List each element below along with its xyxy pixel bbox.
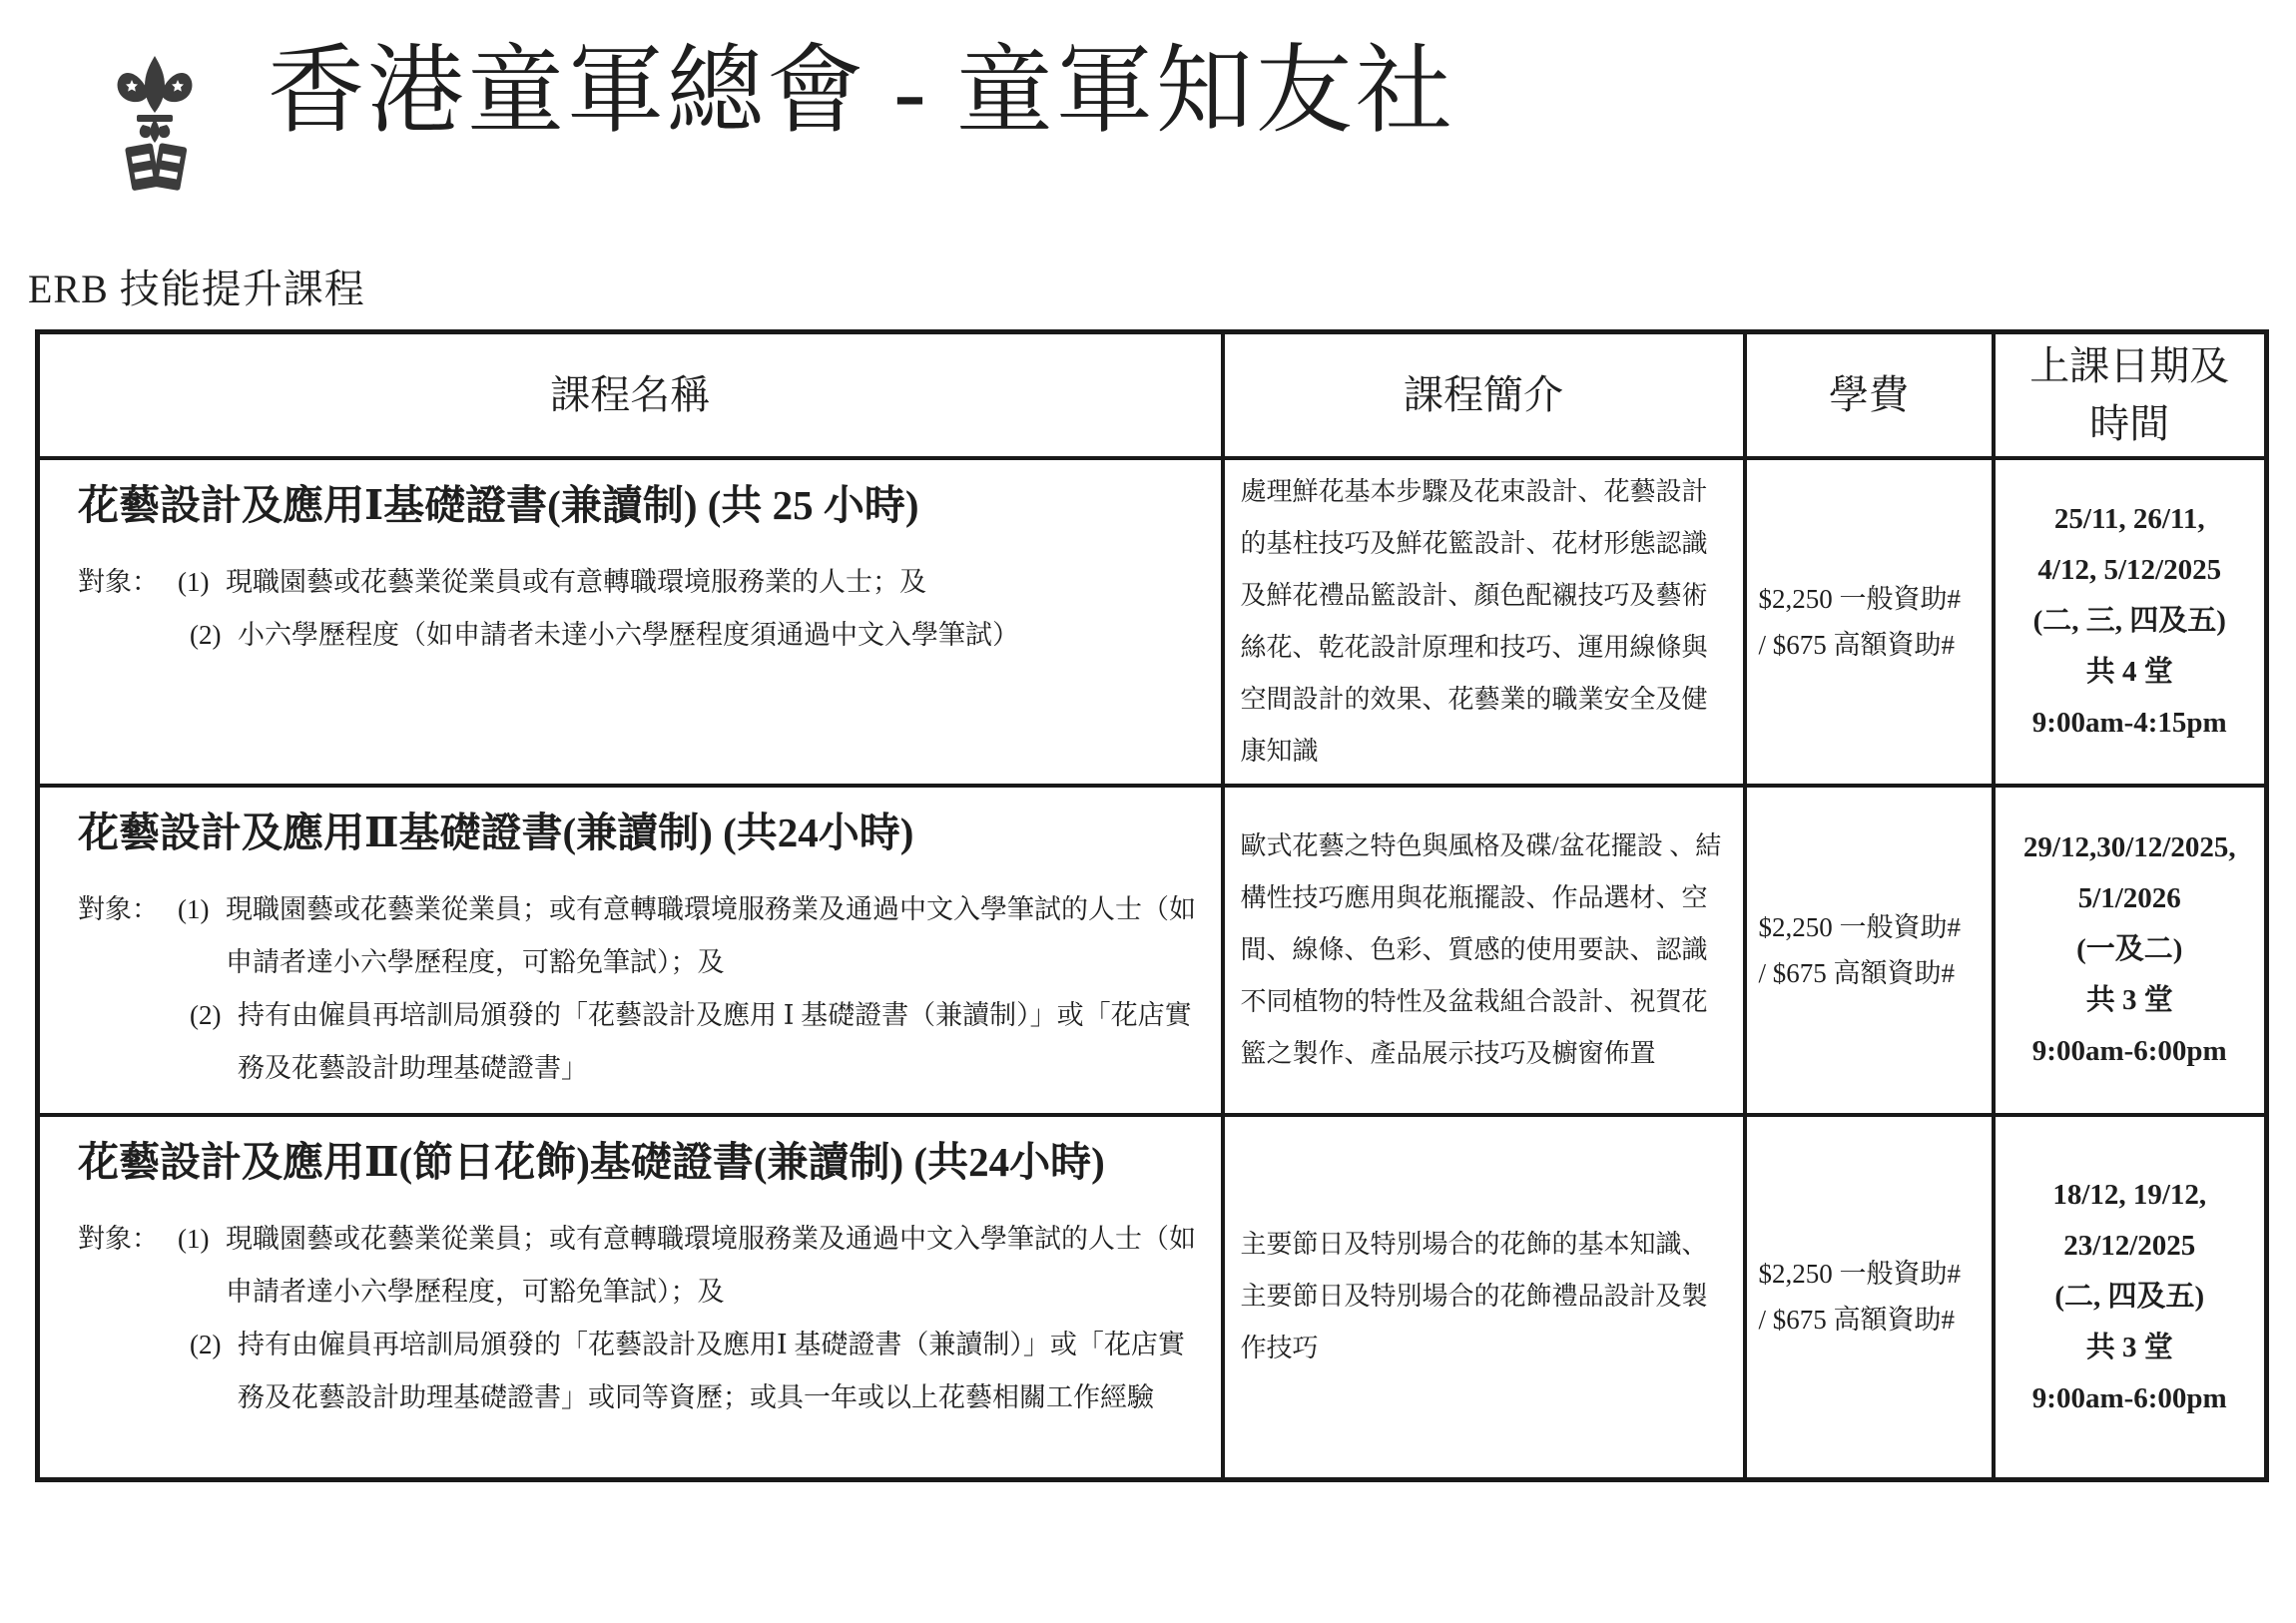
schedule-line: (二, 三, 四及五) <box>1998 596 2263 647</box>
course-intro-cell: 主要節日及特別場合的花飾的基本知識、主要節日及特別場合的花飾禮品設計及製作技巧 <box>1223 1115 1745 1480</box>
col-header-fee: 學費 <box>1745 332 1994 458</box>
audience-item-number: (1) <box>178 556 218 609</box>
course-intro-cell: 處理鮮花基本步驟及花束設計、花藝設計的基柱技巧及鮮花籃設計、花材形態認識及鮮花禮… <box>1223 458 1745 786</box>
fee-line: / $675 高額資助# <box>1759 622 1988 668</box>
course-intro: 處理鮮花基本步驟及花束設計、花藝設計的基柱技巧及鮮花籃設計、花材形態認識及鮮花禮… <box>1241 466 1727 778</box>
scout-fleur-de-lis-emblem-icon <box>114 56 196 192</box>
course-schedule-cell: 18/12, 19/12, 23/12/2025 (二, 四及五) 共 3 堂 … <box>1994 1115 2267 1480</box>
table-row-course-2: 花藝設計及應用Ⅱ基礎證書(兼讀制) (共24小時) 對象： (1) 現職園藝或花… <box>38 786 2267 1115</box>
schedule-line: 18/12, 19/12, <box>1998 1170 2263 1221</box>
audience-item-number: (1) <box>178 1213 218 1266</box>
audience-item-number: (2) <box>190 609 230 662</box>
audience-block: 對象： (1) 現職園藝或花藝業從業員；或有意轉職環境服務業及通過中文入學筆試的… <box>78 1213 1211 1424</box>
course-schedule-cell: 25/11, 26/11, 4/12, 5/12/2025 (二, 三, 四及五… <box>1994 458 2267 786</box>
table-header-row: 課程名稱 課程簡介 學費 上課日期及時間 <box>38 332 2267 458</box>
schedule-line: 共 3 堂 <box>1998 975 2263 1026</box>
col-header-course-intro: 課程簡介 <box>1223 332 1745 458</box>
course-intro: 歐式花藝之特色與風格及碟/盆花擺設 、結構性技巧應用與花瓶擺設、作品選材、空間、… <box>1241 820 1727 1080</box>
schedule-line: (一及二) <box>1998 924 2263 975</box>
audience-item: (2) 小六學歷程度（如申請者未達小六學歷程度須通過中文入學筆試） <box>78 609 1211 662</box>
schedule-line: (二, 四及五) <box>1998 1272 2263 1323</box>
audience-item: 對象： (1) 現職園藝或花藝業從業員或有意轉職環境服務業的人士；及 <box>78 556 1211 609</box>
fee-line: / $675 高額資助# <box>1759 1297 1988 1343</box>
course-fee-cell: $2,250 一般資助# / $675 高額資助# <box>1745 1115 1994 1480</box>
schedule-line: 共 4 堂 <box>1998 647 2263 698</box>
audience-item: (2) 持有由僱員再培訓局頒發的「花藝設計及應用 Ⅰ 基礎證書（兼讀制）」或「花… <box>78 989 1211 1095</box>
course-name-cell: 花藝設計及應用Ⅰ基礎證書(兼讀制) (共 25 小時) 對象： (1) 現職園藝… <box>38 458 1223 786</box>
audience-label: 對象： <box>78 883 178 936</box>
course-name-cell: 花藝設計及應用Ⅱ基礎證書(兼讀制) (共24小時) 對象： (1) 現職園藝或花… <box>38 786 1223 1115</box>
fee-line: / $675 高額資助# <box>1759 950 1988 996</box>
audience-item-text: 小六學歷程度（如申請者未達小六學歷程度須通過中文入學筆試） <box>238 609 1211 662</box>
audience-item-text: 現職園藝或花藝業從業員；或有意轉職環境服務業及通過中文入學筆試的人士（如申請者達… <box>226 883 1211 989</box>
audience-label: 對象： <box>78 556 178 609</box>
audience-item-text: 持有由僱員再培訓局頒發的「花藝設計及應用 Ⅰ 基礎證書（兼讀制）」或「花店實務及… <box>238 989 1211 1095</box>
schedule-line: 9:00am-6:00pm <box>1998 1026 2263 1077</box>
audience-item: 對象： (1) 現職園藝或花藝業從業員；或有意轉職環境服務業及通過中文入學筆試的… <box>78 1213 1211 1319</box>
audience-item-number: (1) <box>178 883 218 936</box>
course-fee-cell: $2,250 一般資助# / $675 高額資助# <box>1745 786 1994 1115</box>
scanned-course-flyer-page: 香港童軍總會 - 童軍知友社 ERB 技能提升課程 、 課程名稱 課程簡介 學費… <box>0 0 2296 1623</box>
audience-item-text: 持有由僱員再培訓局頒發的「花藝設計及應用Ⅰ 基礎證書（兼讀制）」或「花店實務及花… <box>238 1319 1211 1424</box>
course-title: 花藝設計及應用Ⅰ基礎證書(兼讀制) (共 25 小時) <box>78 480 1211 530</box>
course-table: 課程名稱 課程簡介 學費 上課日期及時間 花藝設計及應用Ⅰ基礎證書(兼讀制) (… <box>35 329 2269 1482</box>
section-title: ERB 技能提升課程 <box>28 258 365 314</box>
audience-item-number: (2) <box>190 1319 230 1371</box>
course-schedule-cell: 29/12,30/12/2025, 5/1/2026 (一及二) 共 3 堂 9… <box>1994 786 2267 1115</box>
audience-block: 對象： (1) 現職園藝或花藝業從業員；或有意轉職環境服務業及通過中文入學筆試的… <box>78 883 1211 1095</box>
course-intro: 主要節日及特別場合的花飾的基本知識、主要節日及特別場合的花飾禮品設計及製作技巧 <box>1241 1219 1727 1374</box>
audience-item-number: (2) <box>190 989 230 1042</box>
schedule-line: 共 3 堂 <box>1998 1323 2263 1373</box>
course-name-cell: 花藝設計及應用Ⅱ(節日花飾)基礎證書(兼讀制) (共24小時) 對象： (1) … <box>38 1115 1223 1480</box>
course-title: 花藝設計及應用Ⅱ(節日花飾)基礎證書(兼讀制) (共24小時) <box>78 1137 1211 1187</box>
table-row-course-1: 花藝設計及應用Ⅰ基礎證書(兼讀制) (共 25 小時) 對象： (1) 現職園藝… <box>38 458 2267 786</box>
org-title: 香港童軍總會 - 童軍知友社 <box>268 36 1455 148</box>
audience-item: 對象： (1) 現職園藝或花藝業從業員；或有意轉職環境服務業及通過中文入學筆試的… <box>78 883 1211 989</box>
schedule-line: 5/1/2026 <box>1998 873 2263 924</box>
table-row-course-3: 花藝設計及應用Ⅱ(節日花飾)基礎證書(兼讀制) (共24小時) 對象： (1) … <box>38 1115 2267 1480</box>
course-title: 花藝設計及應用Ⅱ基礎證書(兼讀制) (共24小時) <box>78 808 1211 857</box>
schedule-line: 29/12,30/12/2025, <box>1998 822 2263 873</box>
fee-line: $2,250 一般資助# <box>1759 1251 1988 1297</box>
audience-block: 對象： (1) 現職園藝或花藝業從業員或有意轉職環境服務業的人士；及 (2) 小… <box>78 556 1211 662</box>
col-header-schedule: 上課日期及時間 <box>1994 332 2267 458</box>
schedule-line: 9:00am-4:15pm <box>1998 698 2263 749</box>
schedule-line: 23/12/2025 <box>1998 1221 2263 1272</box>
schedule-line: 9:00am-6:00pm <box>1998 1373 2263 1424</box>
schedule-line: 25/11, 26/11, <box>1998 494 2263 545</box>
col-header-course-name: 課程名稱 <box>38 332 1223 458</box>
audience-item-text: 現職園藝或花藝業從業員或有意轉職環境服務業的人士；及 <box>226 556 1211 609</box>
fee-line: $2,250 一般資助# <box>1759 576 1988 622</box>
fee-line: $2,250 一般資助# <box>1759 904 1988 950</box>
audience-label: 對象： <box>78 1213 178 1266</box>
course-intro-cell: 歐式花藝之特色與風格及碟/盆花擺設 、結構性技巧應用與花瓶擺設、作品選材、空間、… <box>1223 786 1745 1115</box>
schedule-line: 4/12, 5/12/2025 <box>1998 545 2263 596</box>
audience-item: (2) 持有由僱員再培訓局頒發的「花藝設計及應用Ⅰ 基礎證書（兼讀制）」或「花店… <box>78 1319 1211 1424</box>
course-fee-cell: $2,250 一般資助# / $675 高額資助# <box>1745 458 1994 786</box>
audience-item-text: 現職園藝或花藝業從業員；或有意轉職環境服務業及通過中文入學筆試的人士（如申請者達… <box>226 1213 1211 1319</box>
